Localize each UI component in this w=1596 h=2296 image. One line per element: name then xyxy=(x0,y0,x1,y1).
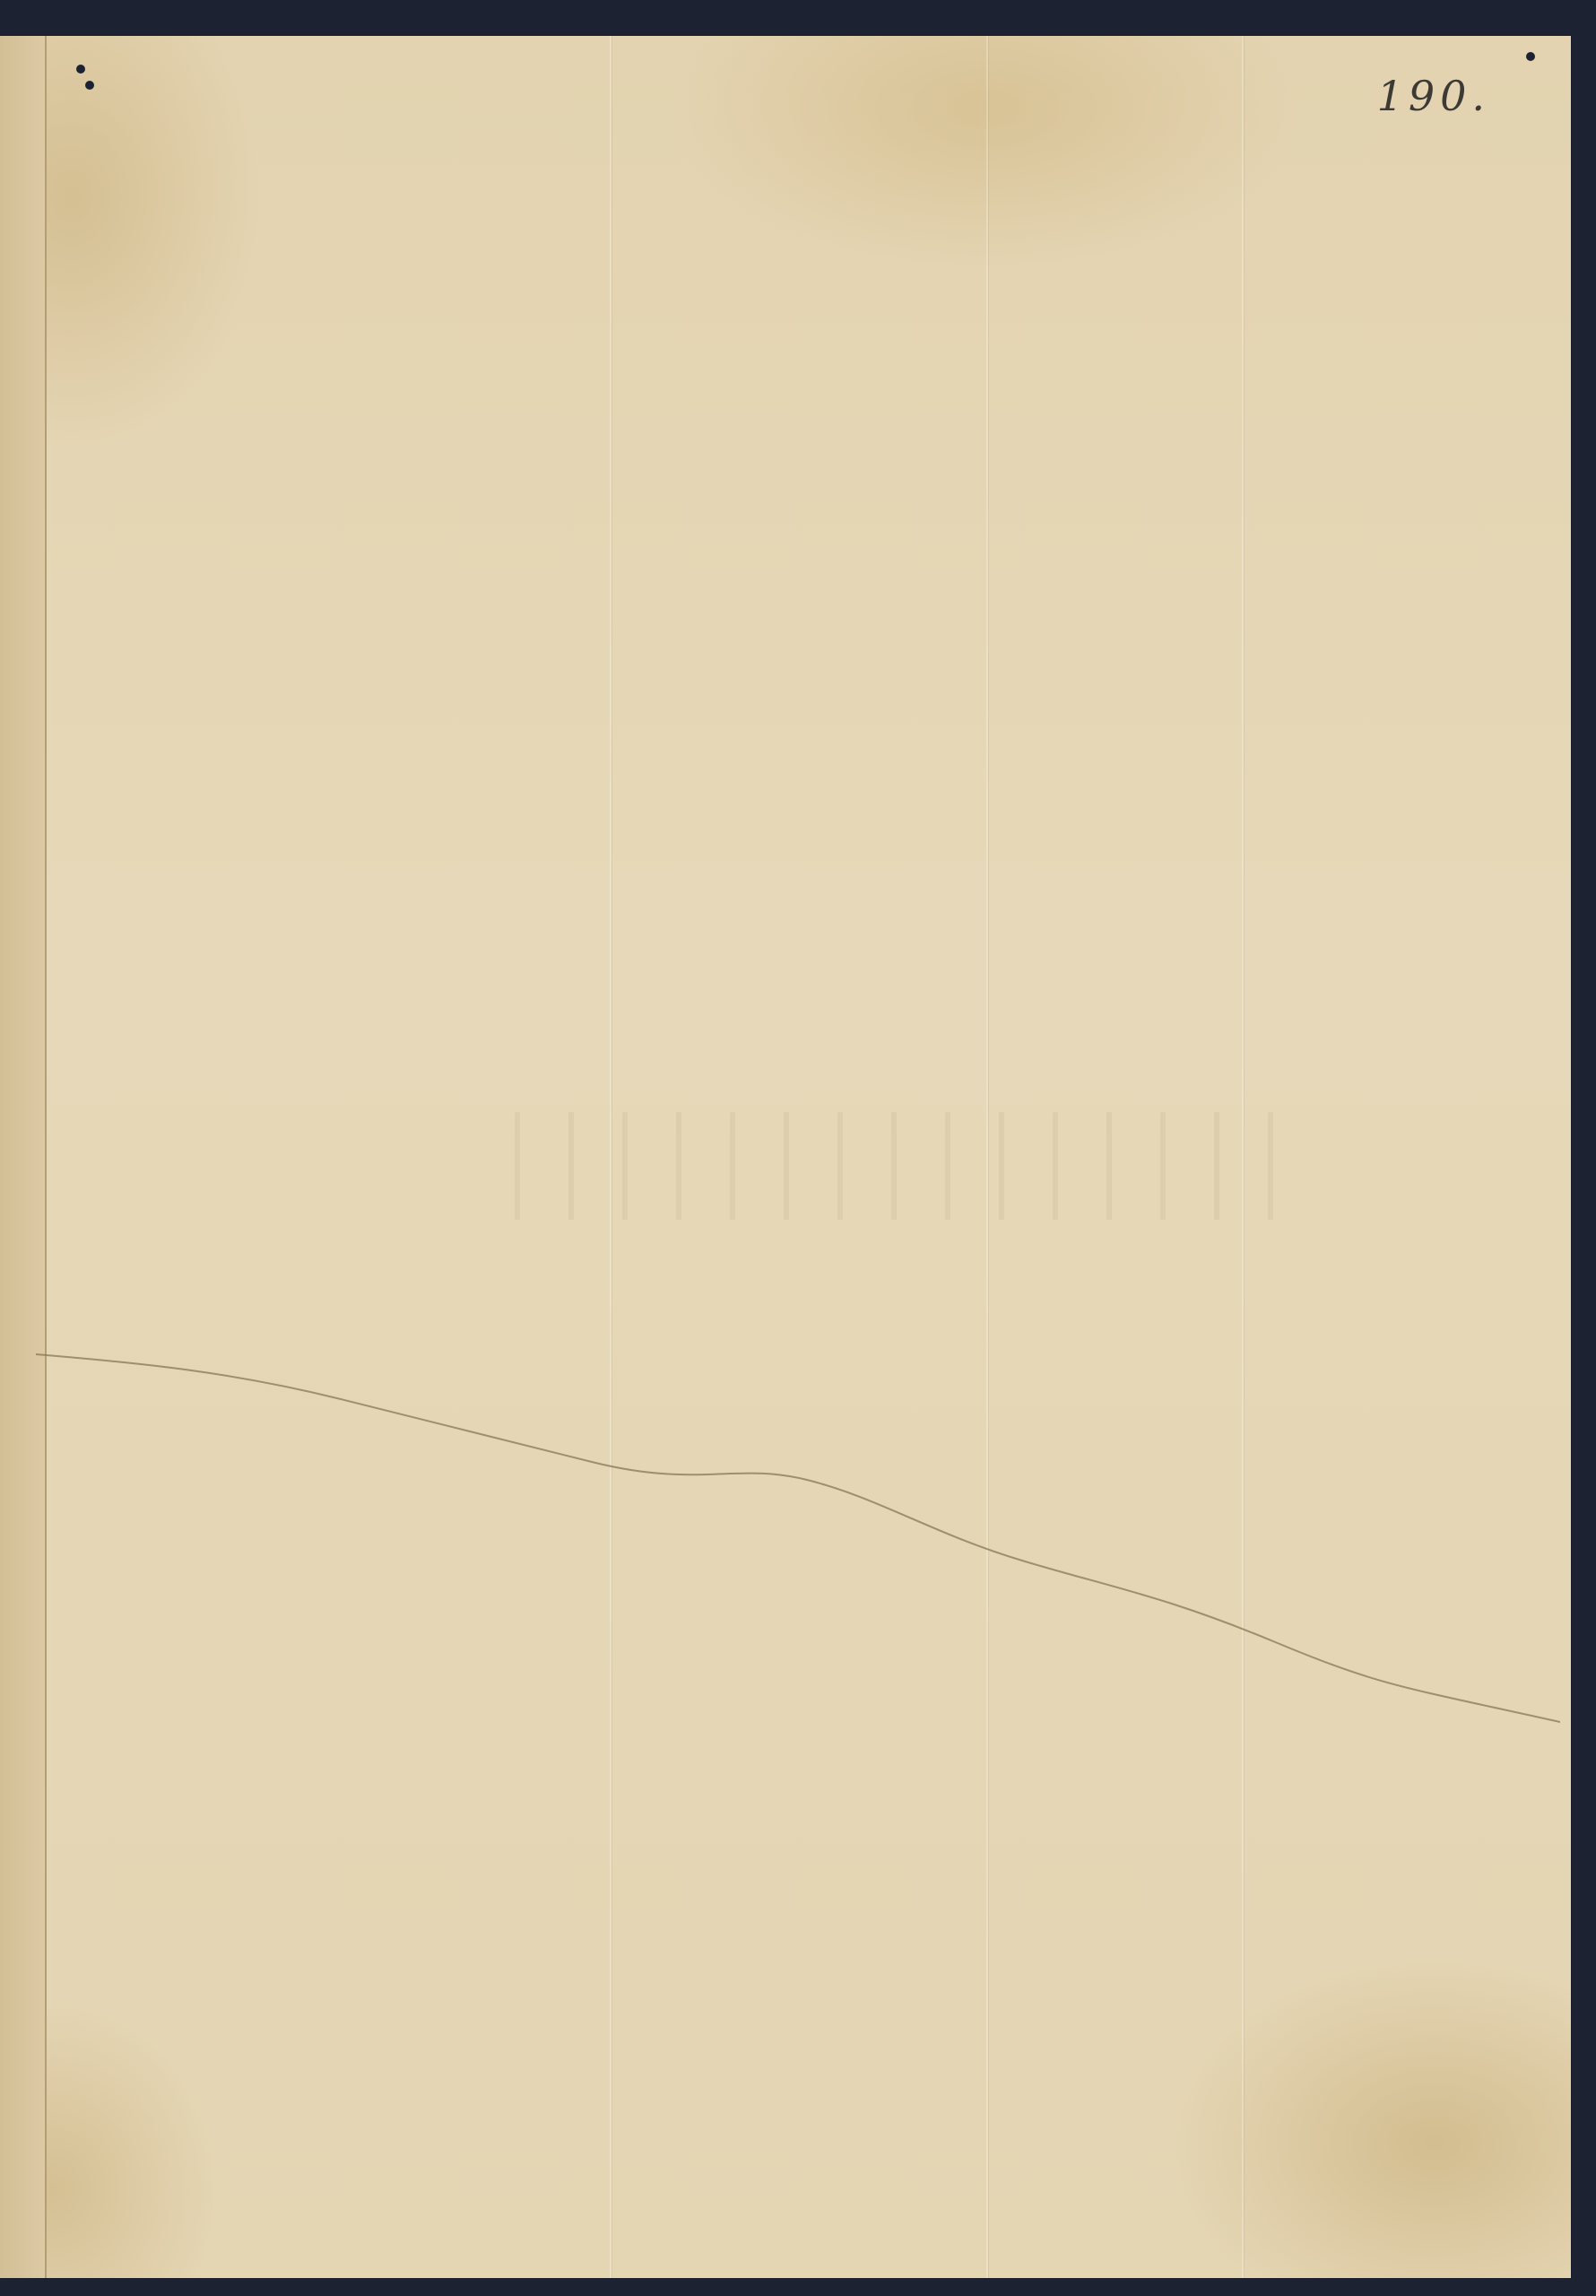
page-number: 190. xyxy=(1377,72,1490,120)
bleed-through-text xyxy=(502,1112,1273,1220)
paper-tear xyxy=(36,1327,1560,1740)
binding-hole xyxy=(85,81,94,90)
adjacent-sheet-edge xyxy=(0,36,47,2278)
binding-hole xyxy=(76,65,85,74)
binding-hole xyxy=(1526,52,1535,61)
document-page: 190. xyxy=(0,36,1571,2278)
